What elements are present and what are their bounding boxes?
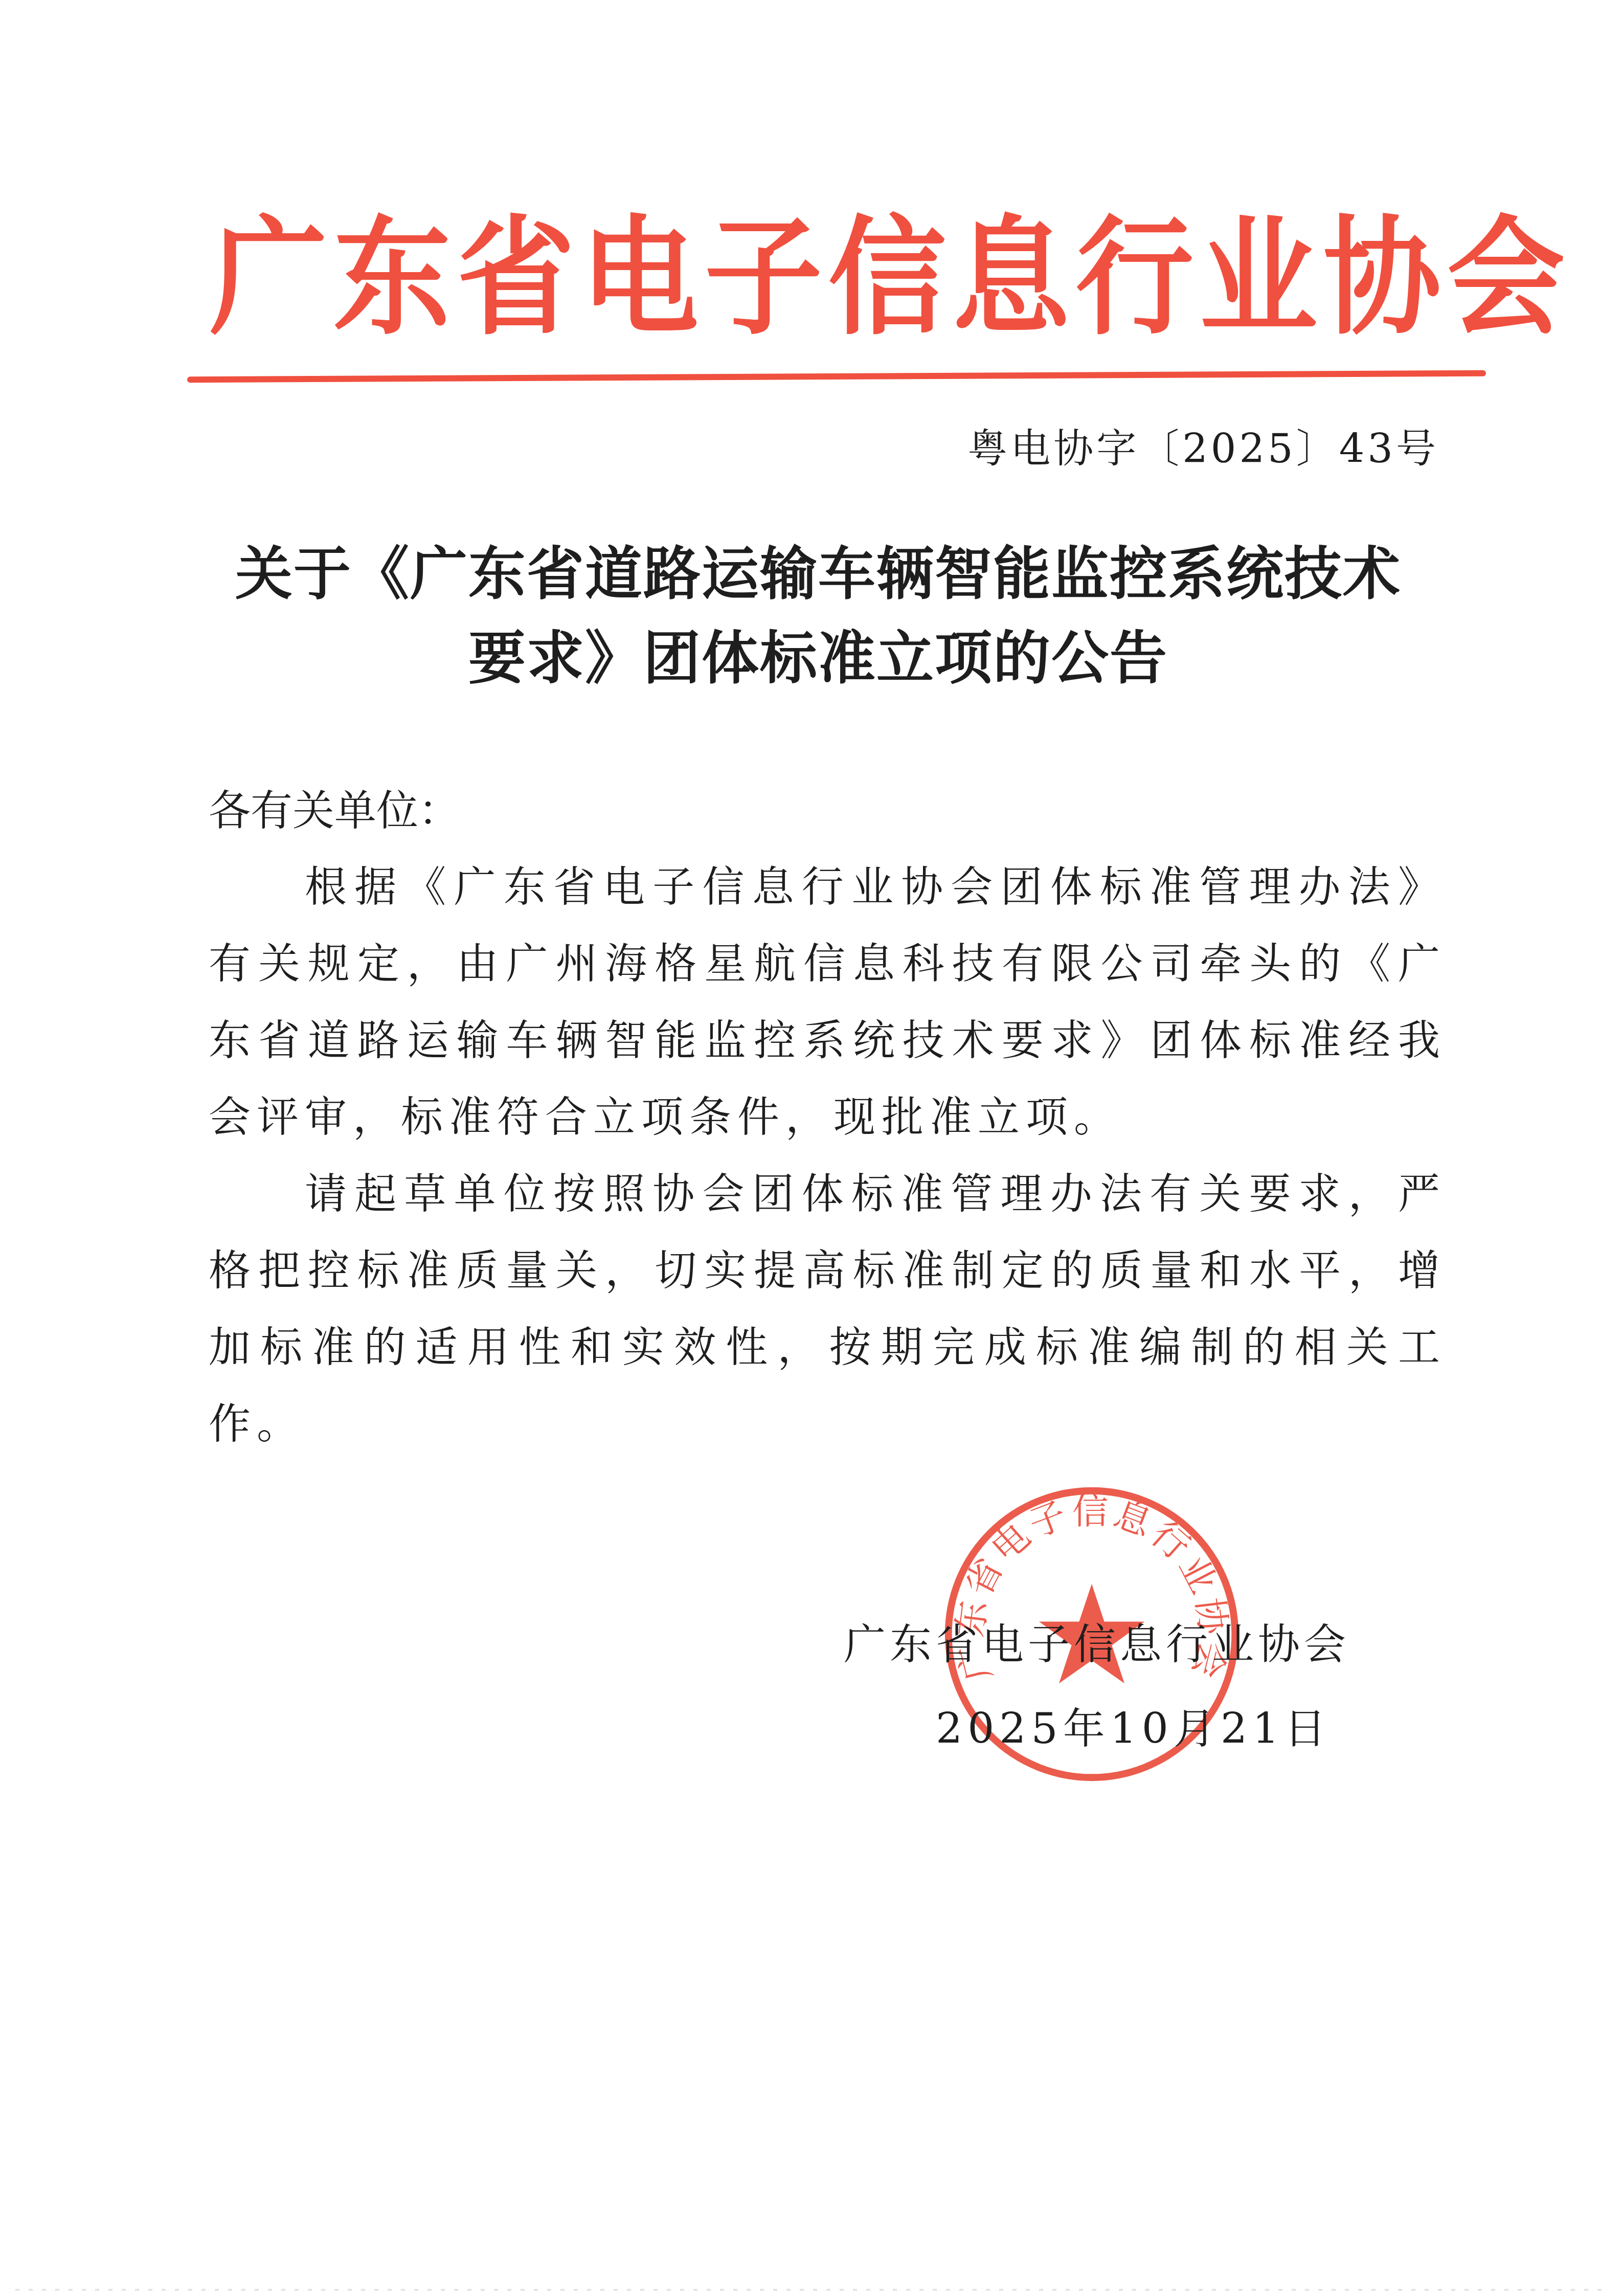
letterhead-divider: [187, 370, 1486, 383]
document-title-line1: 关于《广东省道路运输车辆智能监控系统技术: [194, 532, 1442, 616]
scan-edge-artifact: [15, 2289, 1606, 2291]
document-number: 粤电协字〔2025〕43号: [967, 417, 1439, 474]
signature-date: 2025年10月21日: [936, 1696, 1350, 1755]
document-title: 关于《广东省道路运输车辆智能监控系统技术 要求》团体标准立项的公告: [194, 532, 1442, 701]
document-title-line2: 要求》团体标准立项的公告: [194, 616, 1442, 701]
salutation: 各有关单位：: [209, 777, 460, 837]
signature-block: 广东省电子信息行业协会 2025年10月21日: [844, 1611, 1350, 1755]
body-paragraph: 请起草单位按照协会团体标准管理办法有关要求，严格把控标准质量关，切实提高标准制定…: [209, 1156, 1446, 1463]
document-body: 根据《广东省电子信息行业协会团体标准管理办法》有关规定，由广州海格星航信息科技有…: [209, 849, 1446, 1463]
letterhead-organization: 广东省电子信息行业协会: [210, 215, 1468, 342]
signature-organization: 广东省电子信息行业协会: [844, 1620, 1350, 1669]
body-paragraph: 根据《广东省电子信息行业协会团体标准管理办法》有关规定，由广州海格星航信息科技有…: [209, 849, 1446, 1156]
